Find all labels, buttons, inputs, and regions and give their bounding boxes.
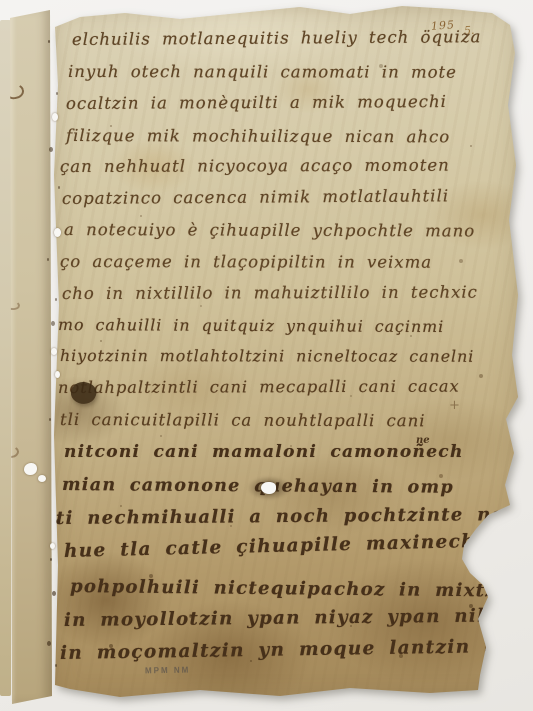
foxing-speckles bbox=[50, 5, 52, 7]
worm-hole bbox=[51, 348, 57, 355]
marginal-cross-mark: + bbox=[449, 398, 460, 413]
manuscript-line: cho in nixtillilo in mahuiztillilo in te… bbox=[62, 283, 478, 303]
worm-hole bbox=[50, 543, 55, 549]
worm-hole bbox=[54, 228, 61, 237]
manuscript-line: a notecuiyo è çihuapille ychpochtle mano bbox=[64, 220, 475, 240]
worm-hole bbox=[52, 113, 58, 121]
worm-hole bbox=[55, 371, 60, 378]
superscript-insertion: ne bbox=[416, 435, 430, 446]
manuscript-line: notlahpaltzintli cani mecapalli cani cac… bbox=[58, 377, 460, 397]
worm-hole bbox=[24, 463, 37, 475]
manuscript-line: elchuilis motlanequitis hueliy tech öqui… bbox=[72, 27, 482, 49]
manuscript-line: mo cahuilli in quitquiz ynquihui caçinmi bbox=[58, 315, 444, 336]
manuscript-line: filizque mik mochihuilizque nican ahco bbox=[66, 126, 450, 146]
manuscript-line: hue tla catle çihuapille maxinechmotla bbox=[64, 529, 533, 562]
manuscript-scan: 195 5. elchuilis motlanequitis hueliy te… bbox=[0, 0, 533, 711]
page-shadow-wrap: 195 5. elchuilis motlanequitis hueliy te… bbox=[0, 0, 533, 711]
manuscript-line: ti nechmihualli a noch pochtzinte noxoc bbox=[56, 504, 533, 529]
manuscript-line: tli canicuitlapilli ca nouhtlapalli cani bbox=[60, 410, 426, 430]
binding-specks bbox=[0, 0, 2, 3]
manuscript-line: copatzinco cacenca nimik motlatlauhtili bbox=[62, 186, 449, 208]
faint-stamp: MPM NM bbox=[145, 666, 190, 676]
manuscript-line: çan nehhuatl nicyocoya acaço momoten bbox=[60, 156, 450, 176]
manuscript-line: inyuh otech nanquili camomati in mote bbox=[68, 62, 457, 82]
manuscript-page: 195 5. elchuilis motlanequitis hueliy te… bbox=[50, 5, 520, 705]
manuscript-line: in moyollotzin ypan niyaz ypan nihues bbox=[64, 605, 531, 631]
manuscript-line: pohpolhuili nictequipachoz in mixtzin bbox=[70, 576, 520, 602]
manuscript-line: nitconi cani mamaloni camonoñech bbox=[64, 442, 464, 462]
manuscript-line: hiyotzinin motlahtoltzini nicneltocaz ca… bbox=[60, 346, 474, 366]
manuscript-line: ço acaçeme in tlaçopipiltin in veixma bbox=[60, 252, 432, 272]
manuscript-line: ocaltzin ia monèquilti a mik moquechi bbox=[66, 92, 447, 113]
paper-hole bbox=[261, 482, 276, 494]
worm-hole bbox=[38, 475, 46, 482]
manuscript-line: in moçomaltzin yn moque lantzin tlaca bbox=[60, 635, 533, 664]
